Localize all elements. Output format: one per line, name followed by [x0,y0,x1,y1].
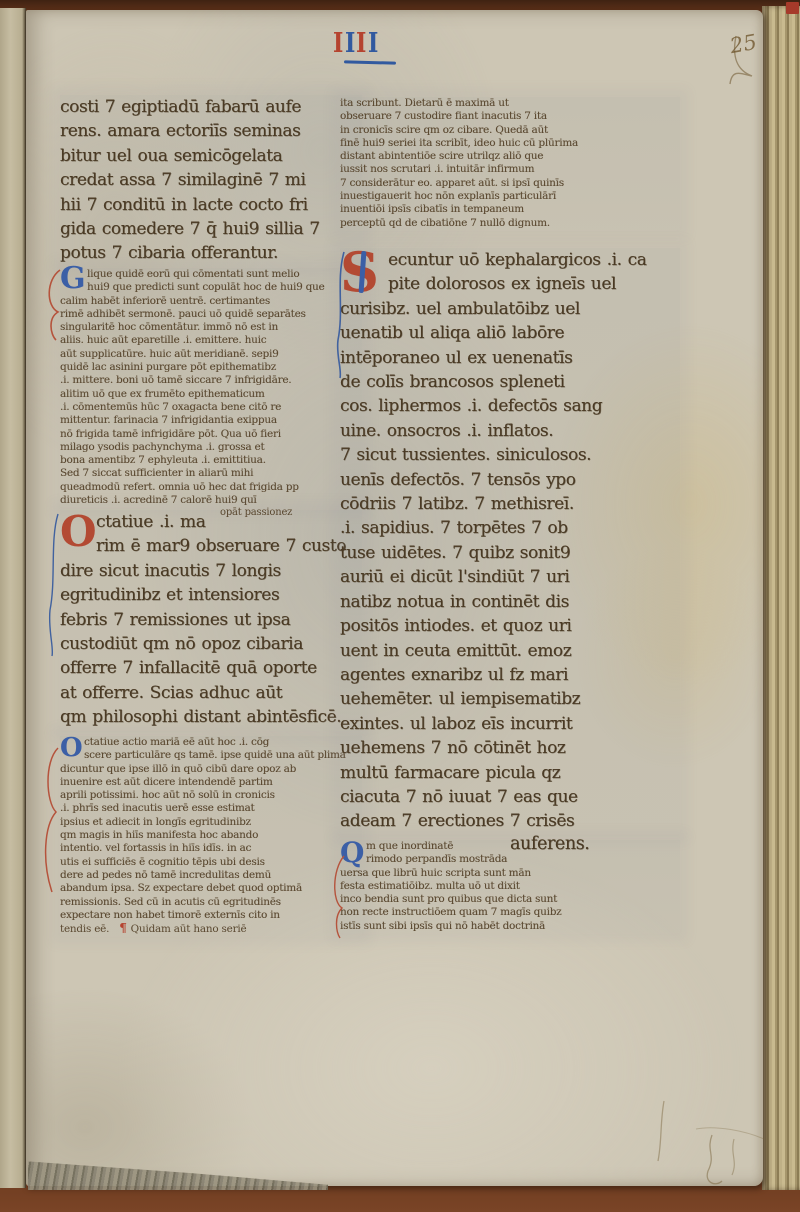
text-line: qm magis in hiīs manifesta hoc abando [60,829,362,842]
text-line: uenīs defectōs. 7 tensōs ypo [340,468,680,492]
text-line: non recte instructiōem quam 7 magīs quib… [340,906,680,919]
text-line: febris 7 remissiones ut ipsa [60,608,362,632]
text-line: queadmodū refert. omnia uō hec dat frigi… [60,481,362,494]
text-line: aūt supplicatūre. huic aūt meridianē. se… [60,348,362,361]
lemma-block: costi 7 egiptiadū fabarū auferens. amara… [60,95,362,266]
decorated-initial-G: G [60,266,87,292]
gloss-block: O ctatiue actio mariā eē aūt hoc .i. cōg… [60,736,362,936]
text-line: hui9 que predicti sunt copulāt hoc de hu… [60,281,362,294]
text-line: inco bendia sunt pro quibus que dicta su… [340,893,680,906]
text-line: milago ysodis pachynchyma .i. grossa et [60,441,362,454]
text-line: aliis. huic aūt eparetille .i. emittere.… [60,334,362,347]
lemma-block: S ecuntur uō kephalargicos .i. capite do… [340,248,680,834]
folio-number: 25 [722,26,792,116]
text-line: offerre 7 infallacitē quā oporte [60,656,362,680]
tail-text: tendis eē. [60,923,109,935]
gloss-block: Q auferens. m que inordinatērimodo perpa… [340,840,680,933]
text-line: uine. onsocros .i. inflatos. [340,419,680,443]
text-line: uenatib ul aliqa aliō labōre [340,321,680,345]
text-line: potus 7 cibaria offerantur. [60,241,362,265]
text-line: expectare non habet timorē externīs cito… [60,909,362,922]
text-line: diureticis .i. acredinē 7 calorē hui9 qu… [60,494,362,507]
text-line: in cronicīs scire qm oz cibare. Quedā aū… [340,124,680,137]
text-line: uersa que librū huic scripta sunt mān [340,867,680,880]
interlinear-gloss: opāt passionez [220,507,292,518]
text-line: rimodo perpandīs mostrāda [340,853,680,866]
text-line: aprili potissimi. hoc aūt nō solū in cro… [60,789,362,802]
text-line: .i. cōmentemūs hūc 7 oxagacta bene citō … [60,401,362,414]
text-line: 7 considerātur eo. apparet aūt. si ipsī … [340,177,680,190]
text-line: exintes. ul laboz eīs incurrit [340,712,680,736]
decorated-initial-Q: Q [340,840,366,866]
text-line: ipsius et adiecit in longīs egritudinibz [60,816,362,829]
text-line: rimē adhibēt sermonē. pauci uō quidē sep… [60,308,362,321]
text-line: egritudinibz et intensiores [60,583,362,607]
right-column: ita scribunt. Dietarū ē maximā utobserua… [340,10,680,1186]
text-line: ctatiue actio mariā eē aūt hoc .i. cōg [60,736,362,749]
text-line: costi 7 egiptiadū fabarū aufe [60,95,362,119]
facing-page-edge [0,8,26,1188]
gloss-tail-line: tendis eē.¶Quidam aūt hano seriē [60,922,362,936]
text-line: bona amentibz 7 ephyleuta .i. emittitiua… [60,454,362,467]
text-line: intēporaneo ul ex uenenatīs [340,346,680,370]
text-line: hii 7 conditū in lacte cocto fri [60,193,362,217]
decorated-initial-O: O [60,736,84,761]
text-line: ciacuta 7 nō iuuat 7 eas que [340,785,680,809]
text-line: dire sicut inacutis 7 longis [60,559,362,583]
text-line: cōdriis 7 latibz. 7 methisreī. [340,492,680,516]
lemma-end-word: auferens. [510,834,589,854]
text-line: uent in ceuta emittūt. emoz [340,639,680,663]
gloss-block: ita scribunt. Dietarū ē maximā utobserua… [340,97,680,230]
text-line: singularitē hoc cōmentātur. immō nō est … [60,321,362,334]
text-line: inuentiōi ipsīs cibatīs in tempaneum [340,203,680,216]
manuscript-photo: IIII 25 costi 7 egiptiadū fabarū auferen… [0,0,800,1212]
text-line: rens. amara ectoriīs seminas [60,119,362,143]
text-line: iussit nos scrutari .i. intuitār infirmu… [340,163,680,176]
text-line: pite dolorosos ex igneīs uel [340,272,680,296]
text-line: multū farmacare picula qz [340,761,680,785]
text-line: alitim uō que ex frumēto epithematicum [60,388,362,401]
text-line: dicuntur que ipse illō in quō cibū dare … [60,763,362,776]
text-line: quidē lac asinini purgare pōt epithemati… [60,361,362,374]
text-line: intentio. vel fortassis in hiīs idīs. in… [60,842,362,855]
text-line: dere ad pedes nō tamē incredulitas demū [60,869,362,882]
text-line: .i. sapidius. 7 torpētes 7 ob [340,516,680,540]
text-line: calim habēt inferiorē uentrē. certimante… [60,295,362,308]
text-line: ctatiue .i. ma [60,510,362,534]
text-line: mittentur. farinacia 7 infrigidantia exi… [60,414,362,427]
folio-number-text: 25 [728,30,758,58]
text-line: scere particulāre qs tamē. ipse quidē un… [60,749,362,762]
left-column: costi 7 egiptiadū fabarū auferens. amara… [60,10,362,1186]
text-line: inuestigauerit hoc nōn explanīs particul… [340,190,680,203]
text-line: adeam 7 erectiones 7 crisēs [340,809,680,833]
text-line: gida comedere 7 q̄ hui9 sillia 7 [60,217,362,241]
text-line: bitur uel oua semicōgelata [60,144,362,168]
book-fore-edge-pages [762,6,800,1190]
text-line: qm philosophi distant abintēsficē. [60,705,362,729]
text-line: positōs intiodes. et quoz uri [340,614,680,638]
text-line: custodiūt qm nō opoz cibaria [60,632,362,656]
text-line: 7 sicut tussientes. siniculosos. [340,443,680,467]
text-line: de colīs brancosos spleneti [340,370,680,394]
text-line: distant abintentiōe scire utrilqz aliō q… [340,150,680,163]
text-line: lique quidē eorū qui cōmentati sunt meli… [60,268,362,281]
gloss-block: G lique quidē eorū qui cōmentati sunt me… [60,268,362,507]
lemma-block: O opāt passionez ctatiue .i. marim ē mar… [60,510,362,730]
text-line: tuse uidētes. 7 quibz sonit9 [340,541,680,565]
text-line: obseruare 7 custodire fiant inacutis 7 i… [340,110,680,123]
text-line: cos. liphermos .i. defectōs sang [340,394,680,418]
text-line: credat assa 7 similaginē 7 mi [60,168,362,192]
text-line: inuenire est aūt dicere intendendē parti… [60,776,362,789]
text-line: curisibz. uel ambulatōibz uel [340,297,680,321]
text-line: remissionis. Sed cū in acutis cū egritud… [60,896,362,909]
text-line: festa estimatiōibz. multa uō ut dixit [340,880,680,893]
tail-text: Quidam aūt hano seriē [131,923,247,935]
text-line: .i. phrīs sed inacutis uerē esse estimat [60,802,362,815]
manuscript-leaf: IIII 25 costi 7 egiptiadū fabarū auferen… [26,10,763,1186]
decorated-initial-S: S [340,248,388,296]
text-line: Sed 7 siccat sufficienter in aliarū mihi [60,467,362,480]
text-line: agentes exnaribz ul fz mari [340,663,680,687]
text-line: .i. mittere. boni uō tamē siccare 7 infr… [60,374,362,387]
text-line: finē hui9 seriei ita scribīt, ideo huic … [340,137,680,150]
text-line: istīs sunt sibi ipsīs qui nō habēt doctr… [340,920,680,933]
red-bookmark-tab [786,2,799,14]
text-line: auriū ei dicūt l'sindiūt 7 uri [340,565,680,589]
text-line: perceptū qd de cibatiōne 7 nullō dignum. [340,217,680,230]
text-line: at offerre. Scias adhuc aūt [60,681,362,705]
text-line: uehemens 7 nō cōtinēt hoz [340,736,680,760]
text-line: natibz notua in continēt dis [340,590,680,614]
text-line: nō frigida tamē infrigidāre pōt. Qua uō … [60,428,362,441]
text-line: uehemēter. ul iempisematibz [340,687,680,711]
red-paragraph-mark: ¶ [109,921,130,935]
decorated-initial-O: O [60,512,96,552]
text-line: rim ē mar9 obseruare 7 custo [60,534,362,558]
text-line: ecuntur uō kephalargicos .i. ca [340,248,680,272]
text-line: utis ei sufficiēs ē cognitio tēpis ubi d… [60,856,362,869]
text-line: abandum ipsa. Sz expectare debet quod op… [60,882,362,895]
text-line: ita scribunt. Dietarū ē maximā ut [340,97,680,110]
